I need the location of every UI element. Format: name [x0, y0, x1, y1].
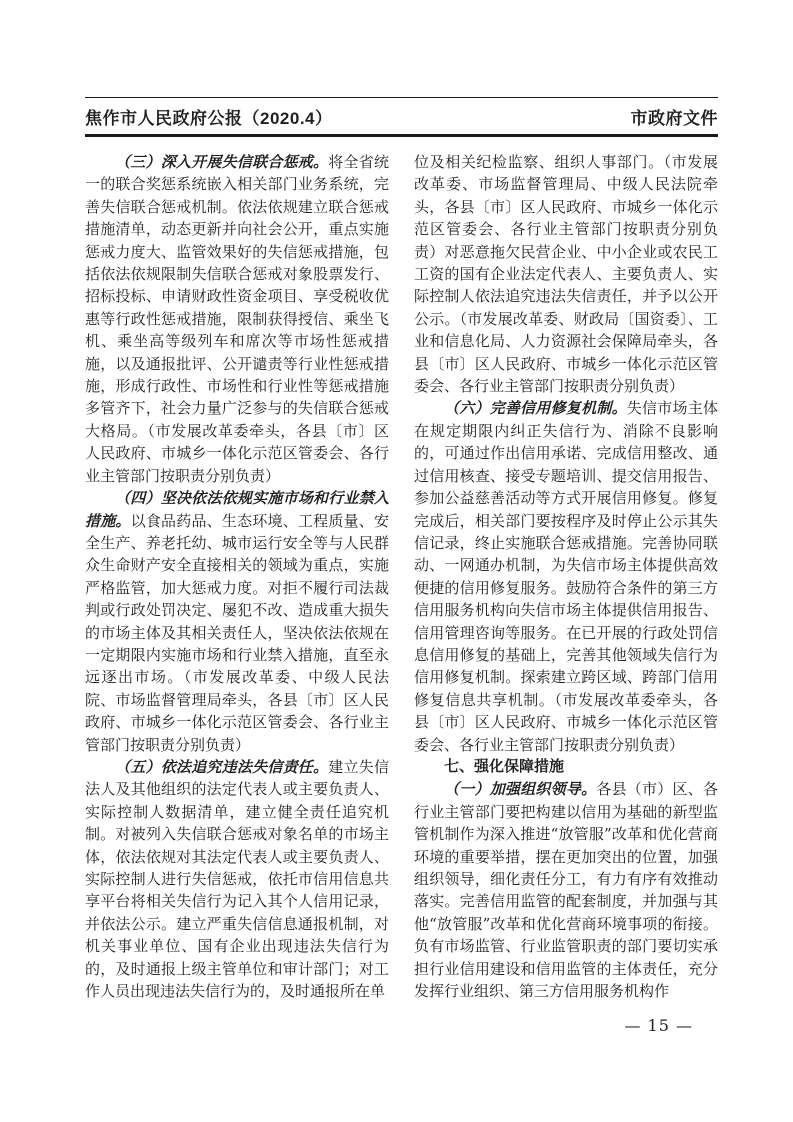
- paragraph-item-1: （一）加强组织领导。各县（市）区、各行业主管部门要把构建以信用为基础的新型监管机…: [414, 778, 718, 1002]
- paragraph-text: 将全省统一的联合奖惩系统嵌入相关部门业务系统，完善失信联合惩戒机制。依法依规建立…: [85, 153, 389, 485]
- gazette-title: 焦作市人民政府公报（2020.4）: [85, 104, 333, 129]
- paragraph-text: 位及相关纪检监察、组织人事部门。（市发展改革委、市场监督管理局、中级人民法院牵头…: [414, 153, 718, 395]
- paragraph-text: 各县（市）区、各行业主管部门要把构建以信用为基础的新型监管机制作为深入推进“放管…: [414, 780, 718, 1000]
- paragraph-text: 建立失信法人及其他组织的法定代表人或主要负责人、实际控制人数据清单，建立健全责任…: [85, 758, 389, 1000]
- paragraph-lead: （六）完善信用修复机制。: [444, 399, 627, 417]
- paragraph-item-6: （六）完善信用修复机制。失信市场主体在规定期限内纠正失信行为、消除不良影响的，可…: [414, 397, 718, 756]
- section-heading-7: 七、强化保障措施: [414, 756, 718, 778]
- paragraph-lead: （一）加强组织领导。: [444, 780, 596, 798]
- paragraph-text: 以食品药品、生态环境、工程质量、安全生产、养老托幼、城市运行安全等与人民群众生命…: [85, 512, 389, 754]
- page-number: — 15 —: [624, 1016, 693, 1035]
- right-column: 位及相关纪检监察、组织人事部门。（市发展改革委、市场监督管理局、中级人民法院牵头…: [414, 151, 718, 1002]
- paragraph-item-4: （四）坚决依法依规实施市场和行业禁入措施。以食品药品、生态环境、工程质量、安全生…: [85, 487, 389, 756]
- paragraph-lead: （五）依法追究违法失信责任。: [115, 758, 328, 776]
- paragraph-continuation: 位及相关纪检监察、组织人事部门。（市发展改革委、市场监督管理局、中级人民法院牵头…: [414, 151, 718, 397]
- paragraph-lead: （三）深入开展失信联合惩戒。: [115, 153, 328, 171]
- page-header: 焦作市人民政府公报（2020.4） 市政府文件: [85, 97, 718, 137]
- paragraph-item-5: （五）依法追究违法失信责任。建立失信法人及其他组织的法定代表人或主要负责人、实际…: [85, 756, 389, 1002]
- left-column: （三）深入开展失信联合惩戒。将全省统一的联合奖惩系统嵌入相关部门业务系统，完善失…: [85, 151, 389, 1002]
- document-category: 市政府文件: [631, 104, 719, 129]
- body-columns: （三）深入开展失信联合惩戒。将全省统一的联合奖惩系统嵌入相关部门业务系统，完善失…: [85, 151, 718, 1002]
- gazette-page: 焦作市人民政府公报（2020.4） 市政府文件 （三）深入开展失信联合惩戒。将全…: [0, 0, 793, 1122]
- paragraph-item-3: （三）深入开展失信联合惩戒。将全省统一的联合奖惩系统嵌入相关部门业务系统，完善失…: [85, 151, 389, 487]
- paragraph-text: 失信市场主体在规定期限内纠正失信行为、消除不良影响的，可通过作出信用承诺、完成信…: [414, 399, 718, 753]
